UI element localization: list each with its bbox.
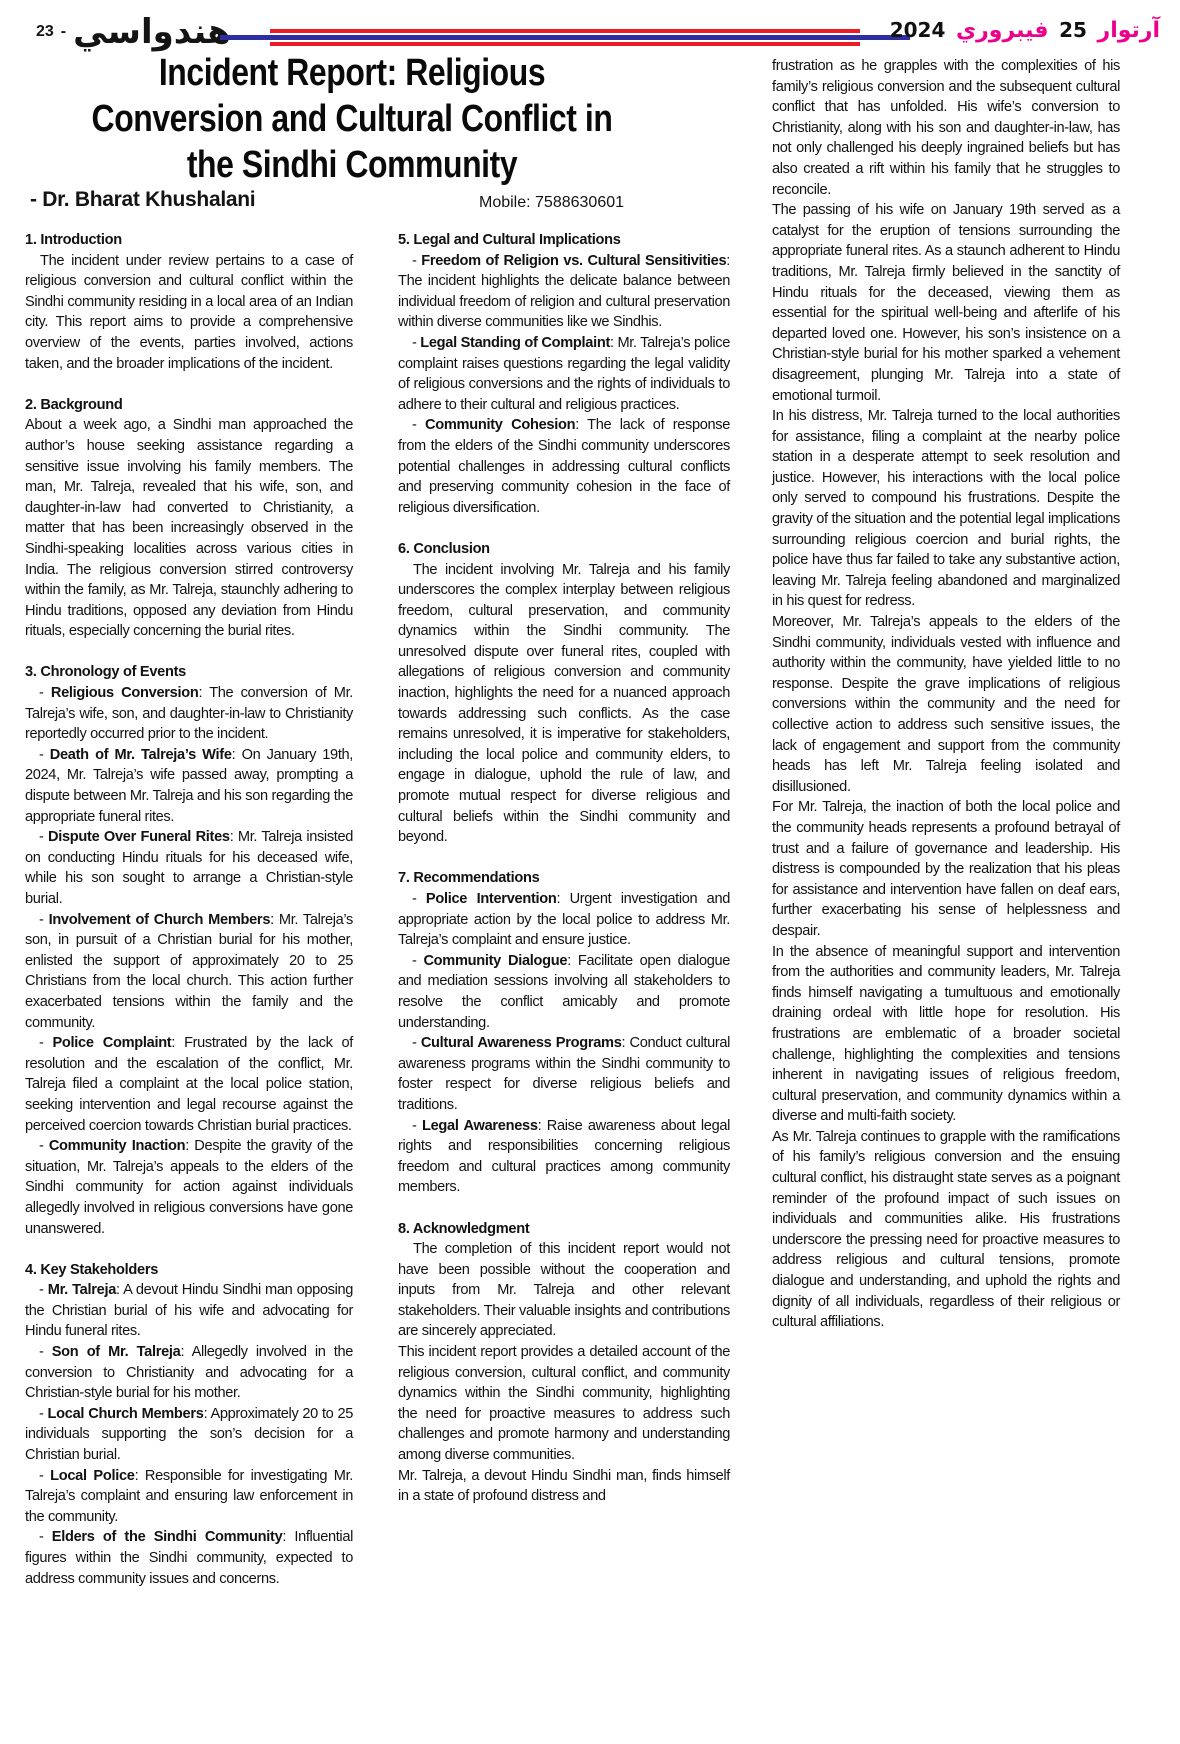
masthead-separator: -: [61, 23, 66, 41]
section-title: Key Stakeholders: [40, 1262, 158, 1278]
bullet-dash: -: [39, 1344, 52, 1360]
paragraph: This incident report provides a detailed…: [398, 1342, 730, 1466]
bullet-paragraph: - Freedom of Religion vs. Cultural Sensi…: [398, 251, 730, 333]
bullet-term: Community Dialogue: [423, 953, 567, 969]
bullet-dash: -: [39, 1035, 53, 1051]
bullet-paragraph: - Cultural Awareness Programs: Conduct c…: [398, 1033, 730, 1115]
bullet-paragraph: - Police Intervention: Urgent investigat…: [398, 889, 730, 951]
paragraph: Moreover, Mr. Talreja’s appeals to the e…: [772, 612, 1120, 797]
bullet-paragraph: - Community Cohesion: The lack of respon…: [398, 415, 730, 518]
column-3: frustration as he grapples with the comp…: [772, 56, 1120, 1333]
section-number: 6.: [398, 541, 410, 557]
issue-date-year: 2024: [890, 18, 946, 42]
section-heading: 5. Legal and Cultural Implications: [398, 230, 730, 251]
bullet-paragraph: - Community Dialogue: Facilitate open di…: [398, 951, 730, 1033]
bullet-paragraph: - Legal Standing of Complaint: Mr. Talre…: [398, 333, 730, 415]
section-heading: 7. Recommendations: [398, 868, 730, 889]
paragraph: For Mr. Talreja, the inaction of both th…: [772, 797, 1120, 941]
bullet-term: Police Intervention: [426, 891, 557, 907]
bullet-term: Death of Mr. Talreja’s Wife: [50, 747, 232, 763]
section-heading: 6. Conclusion: [398, 539, 730, 560]
section-title: Recommendations: [413, 870, 539, 886]
section-heading: 4. Key Stakeholders: [25, 1260, 353, 1281]
bullet-paragraph: - Community Inaction: Despite the gravit…: [25, 1136, 353, 1239]
paragraph: frustration as he grapples with the comp…: [772, 56, 1120, 200]
paragraph: The incident involving Mr. Talreja and h…: [398, 560, 730, 848]
section-number: 7.: [398, 870, 410, 886]
bullet-paragraph: - Death of Mr. Talreja’s Wife: On Januar…: [25, 745, 353, 827]
section-title: Introduction: [40, 232, 122, 248]
article-title-line: Incident Report: Religious: [80, 50, 624, 96]
section-title: Acknowledgment: [413, 1221, 530, 1237]
issue-date-month: فيبروري: [956, 18, 1049, 43]
issue-date: آرتوار 25 فيبروري 2024: [885, 18, 1160, 43]
author-mobile: Mobile: 7588630601: [479, 194, 624, 212]
section-number: 5.: [398, 232, 410, 248]
bullet-paragraph: - Son of Mr. Talreja: Allegedly involved…: [25, 1342, 353, 1404]
bullet-paragraph: - Religious Conversion: The conversion o…: [25, 683, 353, 745]
bullet-dash: -: [412, 253, 421, 269]
bullet-dash: -: [39, 1529, 52, 1545]
paragraph: In his distress, Mr. Talreja turned to t…: [772, 406, 1120, 612]
bullet-dash: -: [39, 912, 49, 928]
bullet-dash: -: [412, 1035, 421, 1051]
paragraph: In the absence of meaningful support and…: [772, 942, 1120, 1127]
bullet-paragraph: - Legal Awareness: Raise awareness about…: [398, 1116, 730, 1198]
masthead: 23 - هندواسي: [36, 8, 231, 56]
bullet-dash: -: [39, 685, 51, 701]
bullet-term: Cultural Awareness Programs: [421, 1035, 622, 1051]
paragraph: About a week ago, a Sindhi man approache…: [25, 415, 353, 642]
header-divider: [220, 29, 910, 48]
bullet-paragraph: - Local Church Members: Approximately 20…: [25, 1404, 353, 1466]
column-2: 5. Legal and Cultural Implications- Free…: [398, 230, 730, 1507]
divider-red-top-line: [270, 29, 860, 33]
section-number: 8.: [398, 1221, 410, 1237]
section-heading: 3. Chronology of Events: [25, 662, 353, 683]
author-byline: - Dr. Bharat Khushalani: [30, 188, 255, 212]
issue-date-dayname: آرتوار: [1098, 18, 1160, 43]
section-title: Background: [40, 397, 122, 413]
divider-blue-line: [220, 35, 910, 40]
paragraph: The incident under review pertains to a …: [25, 251, 353, 375]
bullet-term: Dispute Over Funeral Rites: [48, 829, 230, 845]
bullet-text: : Mr. Talreja’s son, in pursuit of a Chr…: [25, 912, 353, 1031]
bullet-term: Elders of the Sindhi Community: [52, 1529, 283, 1545]
divider-red-bottom-line: [270, 42, 860, 46]
bullet-term: Community Cohesion: [425, 417, 575, 433]
bullet-dash: -: [39, 1468, 50, 1484]
bullet-dash: -: [412, 1118, 422, 1134]
section-title: Conclusion: [413, 541, 489, 557]
bullet-dash: -: [412, 891, 426, 907]
section-number: 1.: [25, 232, 37, 248]
bullet-dash: -: [412, 335, 420, 351]
bullet-paragraph: - Elders of the Sindhi Community: Influe…: [25, 1527, 353, 1589]
bullet-paragraph: - Involvement of Church Members: Mr. Tal…: [25, 910, 353, 1034]
section-number: 4.: [25, 1262, 37, 1278]
section-heading: 2. Background: [25, 395, 353, 416]
bullet-paragraph: - Dispute Over Funeral Rites: Mr. Talrej…: [25, 827, 353, 909]
bullet-term: Local Police: [50, 1468, 134, 1484]
bullet-term: Local Church Members: [48, 1406, 204, 1422]
bullet-dash: -: [412, 417, 425, 433]
article-title-line: Conversion and Cultural Conflict in: [80, 96, 624, 142]
bullet-paragraph: - Police Complaint: Frustrated by the la…: [25, 1033, 353, 1136]
section-heading: 8. Acknowledgment: [398, 1219, 730, 1240]
bullet-term: Involvement of Church Members: [49, 912, 271, 928]
issue-date-day: 25: [1059, 18, 1087, 42]
column-1: 1. IntroductionThe incident under review…: [25, 230, 353, 1589]
paragraph: The passing of his wife on January 19th …: [772, 200, 1120, 406]
bullet-paragraph: - Local Police: Responsible for investig…: [25, 1466, 353, 1528]
newspaper-page: 23 - هندواسي آرتوار 25 فيبروري 2024 Inci…: [0, 0, 1180, 1744]
section-heading: 1. Introduction: [25, 230, 353, 251]
bullet-term: Legal Standing of Complaint: [420, 335, 610, 351]
bullet-term: Police Complaint: [53, 1035, 172, 1051]
bullet-dash: -: [412, 953, 423, 969]
bullet-dash: -: [39, 829, 48, 845]
bullet-dash: -: [39, 1138, 49, 1154]
page-number: 23: [36, 23, 54, 41]
bullet-term: Mr. Talreja: [48, 1282, 116, 1298]
article-title-line: the Sindhi Community: [80, 142, 624, 188]
masthead-title-sindhi: هندواسي: [73, 8, 231, 56]
section-title: Chronology of Events: [40, 664, 186, 680]
bullet-term: Freedom of Religion vs. Cultural Sensiti…: [421, 253, 726, 269]
paragraph: The completion of this incident report w…: [398, 1239, 730, 1342]
bullet-paragraph: - Mr. Talreja: A devout Hindu Sindhi man…: [25, 1280, 353, 1342]
paragraph: Mr. Talreja, a devout Hindu Sindhi man, …: [398, 1466, 730, 1507]
bullet-term: Son of Mr. Talreja: [52, 1344, 181, 1360]
bullet-dash: -: [39, 747, 50, 763]
section-number: 2.: [25, 397, 37, 413]
bullet-dash: -: [39, 1282, 48, 1298]
bullet-term: Legal Awareness: [422, 1118, 538, 1134]
bullet-dash: -: [39, 1406, 48, 1422]
paragraph: As Mr. Talreja continues to grapple with…: [772, 1127, 1120, 1333]
bullet-term: Religious Conversion: [51, 685, 199, 701]
section-number: 3.: [25, 664, 37, 680]
bullet-term: Community Inaction: [49, 1138, 185, 1154]
section-title: Legal and Cultural Implications: [413, 232, 620, 248]
article-title: Incident Report: Religious Conversion an…: [80, 50, 624, 188]
